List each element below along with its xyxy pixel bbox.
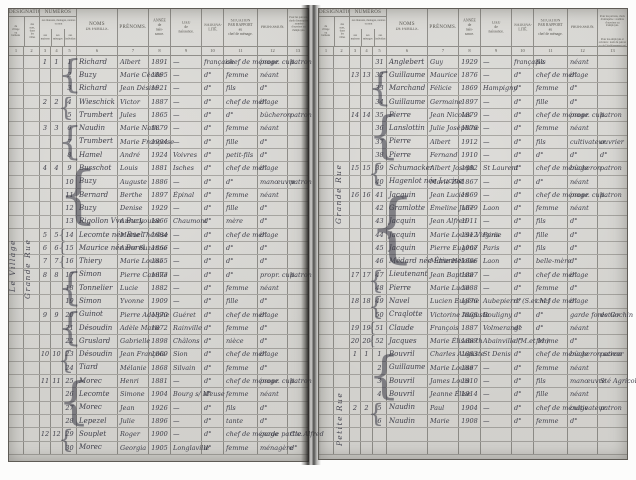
cell-h xyxy=(361,388,373,400)
cell-nom: Wieschick xyxy=(77,96,118,108)
cell-prof: d° xyxy=(258,415,288,427)
handwritten-entry: Mélanie xyxy=(120,365,147,372)
cell-prof: d° xyxy=(568,216,598,228)
cell-m: 14 xyxy=(350,109,361,121)
cell-d2 xyxy=(334,149,350,161)
cell-obs xyxy=(598,69,627,81)
handwritten-entry: fille xyxy=(226,139,238,146)
cell-m xyxy=(40,322,51,334)
cell-nat: d° xyxy=(512,255,534,267)
cell-nom: Simon xyxy=(77,269,118,281)
handwritten-entry: — xyxy=(173,258,180,265)
cell-prenom: Julie xyxy=(118,415,149,427)
cell-h xyxy=(361,83,373,95)
cell-annee: 1929 xyxy=(149,202,171,214)
census-row: 27MorecJean1926—d°filsd° xyxy=(9,402,308,415)
handwritten-entry: d° xyxy=(514,85,521,92)
census-row: 449BusschotLouis1881Ischesd°chef de ména… xyxy=(9,162,308,175)
cell-annee: 1926 xyxy=(149,402,171,414)
census-row: 30MorecGeorgia1905Longlavilled°femmeména… xyxy=(9,442,308,455)
cell-annee: 1896 xyxy=(149,415,171,427)
handwritten-entry: fils xyxy=(536,378,546,385)
cell-m: 9 xyxy=(40,309,51,321)
handwritten-entry: 1866 xyxy=(151,245,168,252)
cell-prof: d° xyxy=(568,96,598,108)
cell-m xyxy=(350,388,361,400)
cell-prof: d° xyxy=(258,242,288,254)
census-row: 6615Maurice née BorelAnne Suzanne1866—d°… xyxy=(9,242,308,255)
handwritten-entry: 2 xyxy=(353,405,357,412)
census-row: 111BouvrilCharles Auguste1883St Denisd°c… xyxy=(319,349,627,362)
cell-n: 17 xyxy=(63,269,77,281)
cell-m: 7 xyxy=(40,255,51,267)
cell-h xyxy=(361,202,373,214)
cell-lieu: Laon xyxy=(481,202,512,214)
handwritten-entry: 17 xyxy=(362,272,370,279)
cell-h: 6 xyxy=(51,242,63,254)
cell-h: 17 xyxy=(361,269,373,281)
column-number: 5 xyxy=(373,47,387,55)
cell-m: 18 xyxy=(350,295,361,307)
handwritten-entry: d° xyxy=(570,152,577,159)
cell-sit: fils xyxy=(224,83,258,95)
handwritten-entry: 31 xyxy=(375,59,383,66)
handwritten-entry: chef de ménage xyxy=(226,99,278,106)
handwritten-entry: d° xyxy=(204,272,211,279)
handwritten-entry: Châlons xyxy=(173,338,200,345)
handwritten-entry: Lieutenant xyxy=(389,271,428,278)
cell-d2 xyxy=(24,309,40,321)
handwritten-entry: fils xyxy=(536,218,546,225)
handwritten-entry: Berthe xyxy=(120,192,142,199)
cell-annee: 1910 xyxy=(459,375,481,387)
cell-nat: d° xyxy=(202,242,224,254)
cell-nat: d° xyxy=(512,309,534,321)
cell-n: 4 xyxy=(373,388,387,400)
cell-n: 1 xyxy=(373,349,387,361)
handwritten-entry: 3 xyxy=(67,85,71,92)
cell-lieu: Sion xyxy=(171,349,202,361)
handwritten-entry: femme xyxy=(226,72,248,79)
cell-d1 xyxy=(319,83,334,95)
cell-sit: chef de ménage xyxy=(224,56,258,68)
handwritten-entry: 3 xyxy=(54,125,58,132)
handwritten-entry: 10 xyxy=(52,351,60,358)
handwritten-entry: d° xyxy=(536,179,543,186)
header-annee: ANNÉE de nais- sance. xyxy=(459,9,481,46)
cell-obs xyxy=(598,56,627,68)
cell-m xyxy=(350,255,361,267)
cell-d2 xyxy=(334,269,350,281)
cell-d1 xyxy=(319,349,334,361)
handwritten-entry: d° xyxy=(204,205,211,212)
cell-m: 17 xyxy=(350,269,361,281)
cell-d1 xyxy=(9,255,24,267)
cell-nat: d° xyxy=(202,269,224,281)
cell-m xyxy=(40,109,51,121)
handwritten-entry: — xyxy=(173,139,180,146)
handwritten-entry: d° xyxy=(204,405,211,412)
header-designation: DÉSIGNATION du village ou hameau des rue… xyxy=(319,9,350,46)
cell-prenom: Marie Lucie xyxy=(428,282,459,294)
cell-m xyxy=(350,282,361,294)
cell-d1 xyxy=(9,109,24,121)
cell-lieu xyxy=(481,428,512,440)
handwritten-entry: 34 xyxy=(375,99,383,106)
handwritten-entry: Jules xyxy=(120,112,136,119)
handwritten-entry: femme xyxy=(536,285,558,292)
cell-n: 18 xyxy=(63,282,77,294)
cell-d1 xyxy=(9,295,24,307)
handwritten-entry: fils xyxy=(536,59,546,66)
handwritten-entry: d° xyxy=(570,285,577,292)
handwritten-entry: — xyxy=(483,272,490,279)
cell-nom: Lecomte xyxy=(77,388,118,400)
cell-nom: Anglebert xyxy=(387,56,428,68)
handwritten-entry: Rainville xyxy=(173,325,202,332)
handwritten-entry: 10 xyxy=(65,179,73,186)
cell-h xyxy=(361,255,373,267)
handwritten-entry: 2 xyxy=(67,72,71,79)
cell-lieu: Bouligny xyxy=(481,309,512,321)
handwritten-entry: 1867 xyxy=(461,179,478,186)
census-row: 21DésoudinAdèle Marie1872Rainvilled°femm… xyxy=(9,322,308,335)
handwritten-entry: — xyxy=(173,205,180,212)
cell-n: 22 xyxy=(63,335,77,347)
cell-nat: d° xyxy=(202,309,224,321)
handwritten-entry: d° xyxy=(514,391,521,398)
cell-obs xyxy=(598,295,627,307)
cell-d1 xyxy=(9,162,24,174)
census-row: 37PierreAlbert1912—d°filscultivateurouvr… xyxy=(319,136,627,149)
cell-d2 xyxy=(24,202,40,214)
handwritten-entry: d° xyxy=(204,192,211,199)
cell-h: 5 xyxy=(51,229,63,241)
cell-h xyxy=(361,96,373,108)
handwritten-entry: Jacquin xyxy=(389,245,416,252)
cell-h: 14 xyxy=(361,109,373,121)
handwritten-entry: d° xyxy=(204,418,211,425)
cell-lieu: — xyxy=(171,122,202,134)
cell-lieu: — xyxy=(481,402,512,414)
cell-m: 8 xyxy=(40,269,51,281)
handwritten-entry: 1870 xyxy=(151,312,168,319)
cell-nat: d° xyxy=(202,69,224,81)
cell-nom: Guinot xyxy=(77,309,118,321)
handwritten-entry: néant xyxy=(570,59,589,66)
column-number: 12 xyxy=(258,47,288,55)
cell-m xyxy=(40,415,51,427)
handwritten-entry: femme xyxy=(536,125,558,132)
cell-d2 xyxy=(334,109,350,121)
census-row: 111125MorecHenri1881—d°chef de ménagepro… xyxy=(9,375,308,388)
cell-n: 44 xyxy=(373,229,387,241)
cell-prof: néant xyxy=(258,69,288,81)
handwritten-entry: 14 xyxy=(362,112,370,119)
handwritten-entry: 2 xyxy=(54,99,58,106)
handwritten-entry: femme xyxy=(536,365,558,372)
handwritten-entry: d° xyxy=(570,218,577,225)
cell-m xyxy=(40,216,51,228)
cell-n: 29 xyxy=(63,428,77,440)
handwritten-entry: Morec xyxy=(79,444,102,451)
cell-d1 xyxy=(319,109,334,121)
cell-sit: fille xyxy=(534,96,568,108)
cell-nom: Bouvril xyxy=(387,388,428,400)
handwritten-entry: d° xyxy=(570,258,577,265)
handwritten-entry: Paris xyxy=(483,232,499,239)
cell-m: 1 xyxy=(40,56,51,68)
cell-lieu: — xyxy=(171,83,202,95)
cell-prof: d° xyxy=(568,229,598,241)
cell-d1 xyxy=(319,176,334,188)
cell-d1 xyxy=(319,322,334,334)
cell-d2 xyxy=(24,162,40,174)
handwritten-entry: Albert xyxy=(120,59,141,66)
handwritten-entry: néant xyxy=(260,285,279,292)
cell-nom: Lanslottin xyxy=(387,122,428,134)
handwritten-entry: d° xyxy=(570,232,577,239)
cell-m xyxy=(350,136,361,148)
cell-prof: d° xyxy=(258,322,288,334)
cell-prenom: Jeanne Élise xyxy=(428,388,459,400)
cell-nat: d° xyxy=(512,96,534,108)
cell-prof: bûcheron scieur xyxy=(568,349,598,361)
cell-m: 13 xyxy=(350,69,361,81)
handwritten-entry: 47 xyxy=(375,272,383,279)
cell-d1 xyxy=(9,428,24,440)
handwritten-entry: Denise xyxy=(120,205,143,212)
cell-sit: fille xyxy=(224,295,258,307)
cell-lieu: Paris xyxy=(481,229,512,241)
cell-d1 xyxy=(319,136,334,148)
handwritten-entry: Victor xyxy=(120,99,140,106)
cell-d2 xyxy=(24,56,40,68)
cell-lieu: Laon xyxy=(481,255,512,267)
cell-sit: femme xyxy=(534,335,568,347)
handwritten-entry: Souplet xyxy=(79,431,106,438)
handwritten-entry: Naudin xyxy=(389,404,415,411)
cell-nom: Jacquin xyxy=(387,216,428,228)
cell-m xyxy=(40,282,51,294)
cell-nom: Hamel xyxy=(77,149,118,161)
cell-nom xyxy=(387,442,428,454)
handwritten-entry: 49 xyxy=(375,298,383,305)
handwritten-entry: 1868 xyxy=(151,365,168,372)
handwritten-entry: 40 xyxy=(375,179,383,186)
cell-d1 xyxy=(319,362,334,374)
handwritten-entry: — xyxy=(483,139,490,146)
cell-sit: d° xyxy=(224,176,258,188)
handwritten-entry: 20 xyxy=(362,338,370,345)
cell-lieu: — xyxy=(171,295,202,307)
cell-sit: petit-fils xyxy=(224,149,258,161)
handwritten-entry: Guillaume xyxy=(389,364,425,371)
cell-prof: d° xyxy=(258,335,288,347)
census-row: 38PierreFernand1910—d°d°d°d° xyxy=(319,149,627,162)
handwritten-entry: 50 xyxy=(375,312,383,319)
cell-m: 1 xyxy=(350,349,361,361)
handwritten-entry: 1887 xyxy=(461,272,478,279)
cell-lieu: Voivres xyxy=(171,149,202,161)
cell-nom: Naudin xyxy=(387,402,428,414)
cell-sit: femme xyxy=(534,83,568,95)
handwritten-entry: femme xyxy=(226,391,248,398)
handwritten-entry: Gramlotte xyxy=(389,205,425,212)
handwritten-entry: — xyxy=(173,418,180,425)
cell-nat: d° xyxy=(512,269,534,281)
handwritten-entry: d° xyxy=(514,365,521,372)
cell-d2 xyxy=(24,69,40,81)
handwritten-entry: néant xyxy=(260,72,279,79)
handwritten-entry: — xyxy=(483,99,490,106)
cell-h xyxy=(51,216,63,228)
handwritten-entry: Lanslottin xyxy=(389,125,425,132)
cell-annee: 1887 xyxy=(459,269,481,281)
cell-n: 32 xyxy=(373,69,387,81)
cell-prenom: Gabrielle xyxy=(118,335,149,347)
cell-sit: d° xyxy=(534,322,568,334)
handwritten-entry: d° xyxy=(204,165,211,172)
handwritten-entry: Lepezel xyxy=(79,418,106,425)
handwritten-entry: 1929 xyxy=(461,59,478,66)
handwritten-entry: bûcheron xyxy=(570,165,601,172)
cell-d1 xyxy=(319,216,334,228)
handwritten-entry: 14 xyxy=(351,112,359,119)
cell-h: 15 xyxy=(361,162,373,174)
cell-prof: ménagère xyxy=(258,442,288,454)
cell-d2 xyxy=(24,122,40,134)
cell-d2 xyxy=(334,428,350,440)
cell-n: 28 xyxy=(63,415,77,427)
cell-nat: d° xyxy=(202,415,224,427)
census-row: 45JacquinPierre Eugène1907Parisd°filsd° xyxy=(319,242,627,255)
handwritten-entry: — xyxy=(173,112,180,119)
cell-nat: d° xyxy=(202,109,224,121)
handwritten-entry: Naudin xyxy=(389,418,415,425)
handwritten-entry: tante xyxy=(226,418,243,425)
cell-prof: d° xyxy=(568,242,598,254)
cell-m: 2 xyxy=(350,402,361,414)
cell-annee: 1865 xyxy=(149,109,171,121)
cell-prof: d° xyxy=(568,335,598,347)
cell-prof: d° xyxy=(258,83,288,95)
cell-h xyxy=(361,362,373,374)
cell-d2 xyxy=(24,388,40,400)
cell-sit: d° xyxy=(534,149,568,161)
cell-sit: femme xyxy=(224,322,258,334)
cell-prenom: Charles Auguste xyxy=(428,349,459,361)
handwritten-entry: Navel xyxy=(389,298,410,305)
handwritten-entry: petit-fils xyxy=(226,152,253,159)
cell-nom: Navel xyxy=(387,295,428,307)
cell-d2 xyxy=(24,375,40,387)
handwritten-entry: 1929 xyxy=(151,205,168,212)
handwritten-entry: — xyxy=(173,125,180,132)
cell-nom: Morec xyxy=(77,402,118,414)
cell-nat: d° xyxy=(512,83,534,95)
handwritten-entry: 5 xyxy=(43,232,47,239)
cell-sit: fille xyxy=(224,136,258,148)
cell-obs xyxy=(598,242,627,254)
handwritten-entry: fils xyxy=(536,139,546,146)
handwritten-entry: d° xyxy=(514,152,521,159)
handwritten-entry: d° xyxy=(226,179,233,186)
handwritten-entry: d° xyxy=(514,312,521,319)
cell-nat: d° xyxy=(512,322,534,334)
cell-prof: manœuvre xyxy=(258,176,288,188)
cell-annee: 1910 xyxy=(459,149,481,161)
cell-d2 xyxy=(334,415,350,427)
handwritten-entry: néant xyxy=(570,125,589,132)
cell-prof: d° xyxy=(568,255,598,267)
handwritten-entry: 1905 xyxy=(151,445,168,452)
cell-h xyxy=(361,122,373,134)
cell-m xyxy=(40,83,51,95)
handwritten-entry: — xyxy=(483,391,490,398)
cell-prenom: Marie Louise xyxy=(118,255,149,267)
handwritten-entry: Hampigny xyxy=(483,85,517,92)
cell-nom: Morec xyxy=(77,442,118,454)
cell-n: 30 xyxy=(63,442,77,454)
cell-lieu: — xyxy=(171,269,202,281)
handwritten-entry: 1 xyxy=(43,59,47,66)
header-numeros: NUMÉROS des maisons, ménages, habités ou… xyxy=(350,9,387,46)
handwritten-entry: 39 xyxy=(375,165,383,172)
handwritten-entry: Épinal xyxy=(173,192,194,199)
cell-d1 xyxy=(319,122,334,134)
cell-annee: 1869 xyxy=(459,83,481,95)
handwritten-entry: Henri xyxy=(120,378,139,385)
cell-d1 xyxy=(319,282,334,294)
cell-n: 7 xyxy=(63,136,77,148)
handwritten-entry: — xyxy=(483,378,490,385)
handwritten-entry: Louis xyxy=(120,165,138,172)
handwritten-entry: 1891 xyxy=(151,59,168,66)
handwritten-entry: Schumacker xyxy=(389,165,433,172)
cell-m xyxy=(350,375,361,387)
handwritten-entry: 33 xyxy=(375,85,383,92)
cell-sit: femme xyxy=(224,362,258,374)
cell-n: 42 xyxy=(373,202,387,214)
cell-h: 8 xyxy=(51,269,63,281)
cell-prenom: Anne Suzanne xyxy=(118,242,149,254)
handwritten-entry: femme xyxy=(536,205,558,212)
column-number: 3 xyxy=(40,47,51,55)
cell-annee: 1855 xyxy=(149,255,171,267)
handwritten-entry: Félicie xyxy=(430,85,452,92)
handwritten-entry: 23 xyxy=(65,351,73,358)
cell-prenom: Pierre Camille xyxy=(118,269,149,281)
handwritten-entry: 1883 xyxy=(461,351,478,358)
cell-d1 xyxy=(9,69,24,81)
cell-d1 xyxy=(319,295,334,307)
handwritten-entry: 15 xyxy=(362,165,370,172)
cell-lieu: Châlons xyxy=(171,335,202,347)
cell-n: 27 xyxy=(63,402,77,414)
cell-annee: 1898 xyxy=(149,335,171,347)
cell-annee: 1886 xyxy=(149,176,171,188)
handwritten-entry: d° xyxy=(204,365,211,372)
cell-d2 xyxy=(24,269,40,281)
cell-obs xyxy=(598,362,627,374)
cell-prof: néant xyxy=(568,176,598,188)
handwritten-entry: d° xyxy=(570,72,577,79)
handwritten-entry: d° xyxy=(514,325,521,332)
cell-sit: femme xyxy=(534,415,568,427)
cell-n: 35 xyxy=(373,109,387,121)
cell-n: 45 xyxy=(373,242,387,254)
